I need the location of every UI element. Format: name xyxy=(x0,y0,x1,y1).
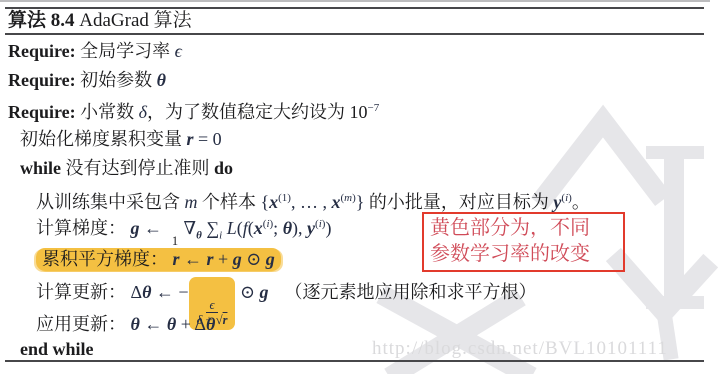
watermark-i-top-serif xyxy=(646,146,704,159)
watermark-i-bottom-serif xyxy=(646,296,704,309)
algo-line-while-loop: while 没有达到停止准则 do xyxy=(20,156,233,180)
annotation-line-2: 参数学习率的改变 xyxy=(430,241,618,267)
watermark-chevron-up xyxy=(545,121,657,196)
algo-line-require-small-constant: Require: 小常数 δ，为了数值稳定大约设为 10−7 xyxy=(8,96,379,124)
algo-line-end-while: end while xyxy=(20,337,94,361)
annotation-line-1: 黄色部分为，不同 xyxy=(430,215,618,241)
top-edge-rule xyxy=(0,0,710,2)
algo-line-accumulate-squared-gradient: 累积平方梯度： r ← r + g ⊙ g xyxy=(36,247,281,271)
algo-line-require-learning-rate: Require: 全局学习率 ϵ xyxy=(8,39,182,63)
watermark-url: http://blog.csdn.net/BVL10101111 xyxy=(372,338,668,360)
caption-rule xyxy=(5,33,704,35)
watermark-i-column xyxy=(664,152,684,298)
algo-line-require-initial-params: Require: 初始参数 θ xyxy=(8,68,166,92)
algorithm-page: http://blog.csdn.net/BVL10101111 算法 8.4 … xyxy=(0,0,720,374)
algo-line-sample-minibatch: 从训练集中采包含 m 个样本 {x(1), … , x(m)} 的小批量，对应目… xyxy=(36,186,590,214)
algo-line-apply-update: 应用更新： θ ← θ + Δθ xyxy=(36,312,215,336)
annotation-red-box: 黄色部分为，不同 参数学习率的改变 xyxy=(422,212,625,272)
algorithm-bottom-rule xyxy=(5,360,704,362)
algo-line-init-accumulator: 初始化梯度累积变量 r = 0 xyxy=(20,127,222,151)
algorithm-title: 算法 8.4 AdaGrad 算法 xyxy=(8,9,192,33)
